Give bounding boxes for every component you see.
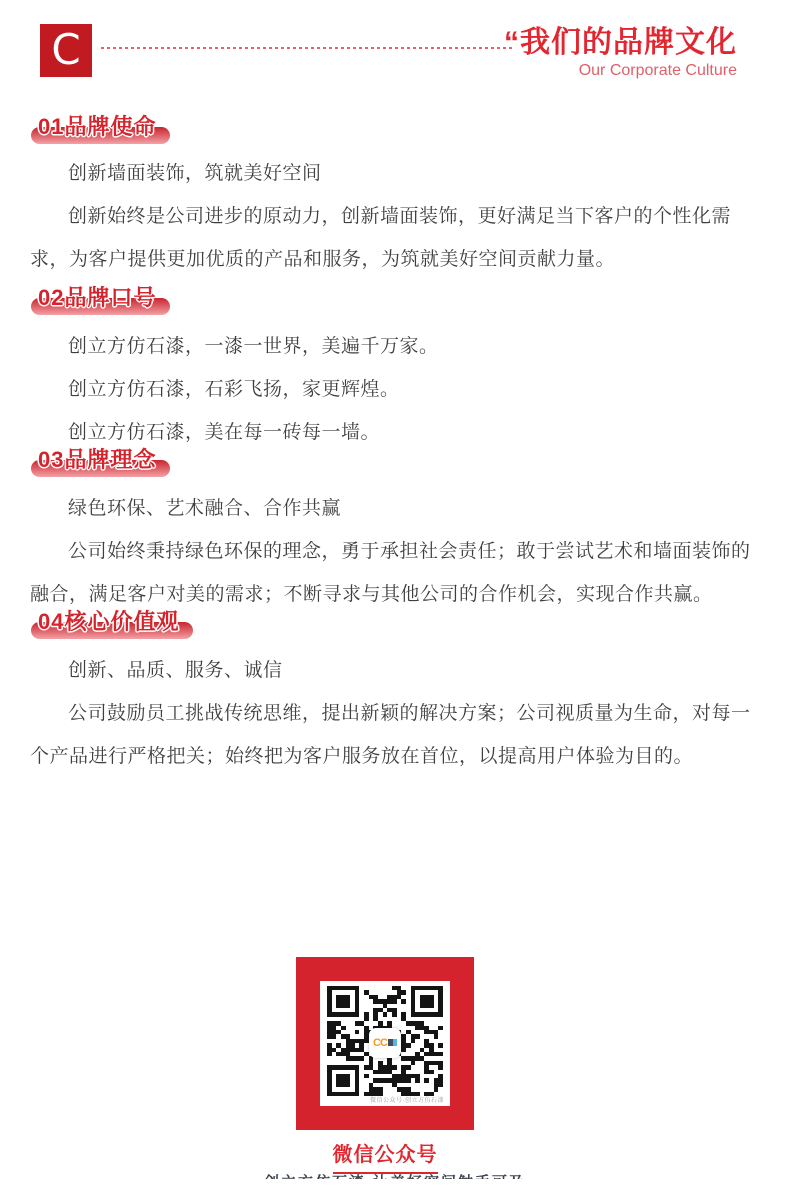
title-block: “我们的品牌文化 Our Corporate Culture <box>504 26 737 80</box>
qr-background: CC 微信公众号·创立方仿石漆 <box>320 981 450 1106</box>
paragraph: 创新墙面装饰，筑就美好空间 <box>30 152 760 195</box>
brand-logo-letter: C <box>51 25 80 74</box>
page-header: C “我们的品牌文化 Our Corporate Culture <box>0 0 790 100</box>
brand-logo-square: C <box>40 24 92 77</box>
qr-logo-mark-icon <box>388 1039 397 1046</box>
wechat-official-account-label: 微信公众号 <box>296 1138 474 1174</box>
section-body-brand-philosophy: 绿色环保、艺术融合、合作共赢 公司始终秉持绿色环保的理念，勇于承担社会责任；敢于… <box>30 487 760 616</box>
section-badge-core-values: 04核心价值观 <box>38 609 179 635</box>
content: 01品牌使命 创新墙面装饰，筑就美好空间 创新始终是公司进步的原动力，创新墙面装… <box>30 100 760 778</box>
page-title: “我们的品牌文化 <box>504 26 737 60</box>
qr-tiny-caption: 微信公众号·创立方仿石漆 <box>370 1095 444 1104</box>
badge-label: 03品牌理念 <box>38 447 156 472</box>
section-badge-brand-mission: 01品牌使命 <box>38 114 156 140</box>
dashed-divider <box>101 47 512 49</box>
qr-center-logo: CC <box>369 1028 401 1058</box>
paragraph: 公司始终秉持绿色环保的理念，勇于承担社会责任；敢于尝试艺术和墙面装饰的融合，满足… <box>30 530 760 616</box>
page: C “我们的品牌文化 Our Corporate Culture 01品牌使命 … <box>0 0 790 1188</box>
qr-logo-text: CC <box>373 1037 387 1049</box>
section-body-brand-mission: 创新墙面装饰，筑就美好空间 创新始终是公司进步的原动力，创新墙面装饰，更好满足当… <box>30 152 760 281</box>
section-body-core-values: 创新、品质、服务、诚信 公司鼓励员工挑战传统思维，提出新颖的解决方案；公司视质量… <box>30 649 760 778</box>
badge-label: 01品牌使命 <box>38 114 156 139</box>
paragraph: 创新、品质、服务、诚信 <box>30 649 760 692</box>
badge-label: 04核心价值观 <box>38 609 179 634</box>
clipped-footer-text: 创立方仿石漆·让美好空间触手可及 <box>0 1171 790 1179</box>
paragraph: 创立方仿石漆，石彩飞扬，家更辉煌。 <box>30 368 760 411</box>
badge-label: 02品牌口号 <box>38 285 156 310</box>
paragraph: 公司鼓励员工挑战传统思维，提出新颖的解决方案；公司视质量为生命，对每一个产品进行… <box>30 692 760 778</box>
section-badge-brand-philosophy: 03品牌理念 <box>38 447 156 473</box>
paragraph: 创立方仿石漆，一漆一世界，美遍千万家。 <box>30 325 760 368</box>
qr-frame: CC 微信公众号·创立方仿石漆 <box>296 957 474 1130</box>
paragraph: 创新始终是公司进步的原动力，创新墙面装饰，更好满足当下客户的个性化需求，为客户提… <box>30 195 760 281</box>
section-badge-brand-slogan: 02品牌口号 <box>38 285 156 311</box>
page-subtitle: Our Corporate Culture <box>504 62 737 80</box>
paragraph: 绿色环保、艺术融合、合作共赢 <box>30 487 760 530</box>
section-body-brand-slogan: 创立方仿石漆，一漆一世界，美遍千万家。 创立方仿石漆，石彩飞扬，家更辉煌。 创立… <box>30 325 760 454</box>
